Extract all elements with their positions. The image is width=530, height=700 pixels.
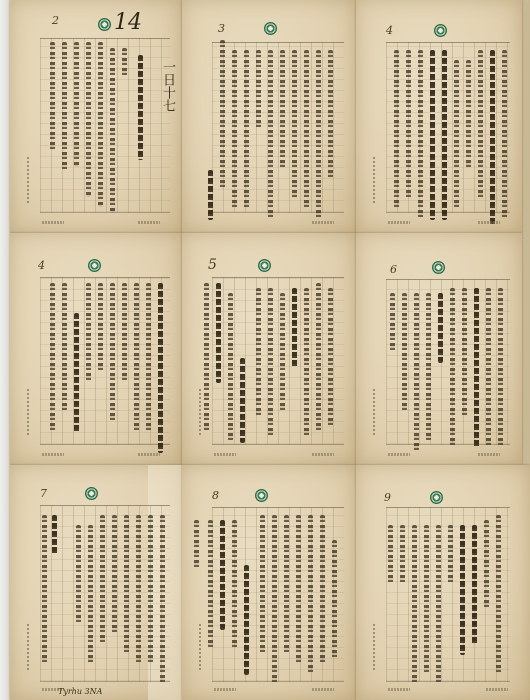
footer-print	[42, 221, 64, 224]
handwriting-column	[406, 50, 411, 200]
handwriting-column	[216, 283, 221, 383]
handwriting-column	[50, 42, 55, 152]
handwriting-column	[208, 520, 213, 650]
handwriting-column	[292, 288, 297, 368]
handwriting-column	[76, 525, 81, 625]
handwriting-column	[50, 283, 55, 433]
handwriting-column	[426, 293, 431, 443]
handwriting-column	[502, 50, 507, 220]
handwriting-column	[316, 50, 321, 220]
handwriting-column	[332, 540, 337, 660]
footer-print	[138, 453, 160, 456]
side-print-mark	[373, 622, 375, 670]
manuscript-page-6: 6	[356, 233, 522, 465]
handwriting-column	[86, 42, 91, 197]
handwriting-column	[86, 283, 91, 383]
large-page-number: 14	[114, 10, 142, 35]
handwriting-column	[430, 50, 435, 220]
emblem-icon	[88, 259, 101, 272]
manuscript-page-4: 4	[10, 233, 182, 465]
handwriting-column	[436, 525, 441, 685]
handwriting-column	[194, 520, 199, 570]
manuscript-page-7: 7 Tyrhu 3NA	[10, 465, 182, 700]
handwriting-column	[424, 525, 429, 675]
footer-print	[478, 221, 500, 224]
handwriting-column	[110, 48, 115, 213]
handwriting-column	[232, 50, 237, 210]
handwriting-column	[412, 525, 417, 685]
footer-handwritten-note: Tyrhu 3NA	[58, 687, 102, 696]
handwriting-column	[134, 283, 139, 433]
handwriting-column	[486, 288, 491, 448]
page-label: 7	[40, 487, 47, 500]
handwriting-column	[462, 288, 467, 418]
handwriting-column	[280, 50, 285, 170]
handwriting-column	[160, 515, 165, 685]
manuscript-photo: 2 14 一日十七 3 4	[0, 0, 530, 700]
side-print-mark	[373, 387, 375, 435]
footer-print	[478, 453, 500, 456]
page-label: 3	[218, 22, 225, 35]
handwriting-column	[42, 515, 47, 665]
page-label: 4	[386, 24, 393, 37]
handwriting-column	[146, 283, 151, 433]
manuscript-page-1: 2 14 一日十七	[10, 0, 182, 233]
side-print-mark	[199, 622, 201, 670]
handwriting-column	[74, 313, 79, 433]
handwriting-column	[304, 50, 309, 210]
handwriting-column	[438, 293, 443, 363]
handwriting-column	[52, 515, 57, 555]
handwriting-column	[244, 50, 249, 210]
handwriting-column	[272, 515, 277, 685]
side-print-mark	[27, 155, 29, 203]
page-label: 5	[208, 257, 217, 273]
emblem-icon	[255, 489, 268, 502]
handwriting-column	[478, 50, 483, 200]
handwriting-column	[268, 50, 273, 220]
handwriting-column	[454, 60, 459, 210]
emblem-icon	[434, 24, 447, 37]
handwriting-column	[240, 358, 245, 443]
handwriting-column	[220, 520, 225, 630]
handwriting-column	[308, 515, 313, 675]
handwriting-column	[148, 515, 153, 665]
handwriting-column	[256, 50, 261, 130]
handwriting-column	[388, 525, 393, 585]
manuscript-page-3: 4	[356, 0, 522, 233]
handwriting-column	[418, 50, 423, 220]
handwriting-column	[138, 55, 143, 160]
footer-print	[312, 453, 334, 456]
handwriting-column	[472, 525, 477, 645]
footer-print	[312, 688, 334, 691]
side-print-mark	[373, 155, 375, 203]
handwriting-column	[124, 515, 129, 655]
page-label: 4	[38, 259, 45, 272]
manuscript-page-2: 3	[182, 0, 356, 233]
handwriting-column	[484, 520, 489, 610]
handwriting-column	[460, 525, 465, 655]
handwriting-column	[292, 50, 297, 200]
title-mark: 一日十七	[158, 60, 177, 112]
handwriting-column	[110, 283, 115, 423]
handwriting-column	[284, 515, 289, 655]
footer-print	[388, 221, 410, 224]
handwriting-column	[158, 283, 163, 453]
footer-print	[486, 688, 508, 691]
handwriting-column	[400, 525, 405, 585]
handwriting-column	[62, 42, 67, 172]
handwriting-column	[466, 60, 471, 170]
handwriting-column	[260, 515, 265, 655]
margin-note	[208, 170, 213, 220]
page-label: 8	[212, 489, 219, 502]
handwriting-column	[100, 515, 105, 645]
handwriting-column	[296, 515, 301, 665]
handwriting-column	[220, 40, 225, 190]
handwriting-column	[450, 288, 455, 448]
handwriting-column	[490, 50, 495, 225]
photo-left-edge	[0, 0, 10, 700]
handwriting-column	[390, 293, 395, 353]
handwriting-column	[232, 520, 237, 650]
handwriting-column	[328, 288, 333, 428]
handwriting-column	[316, 283, 321, 433]
page-label: 9	[384, 491, 391, 504]
handwriting-column	[122, 283, 127, 383]
handwriting-column	[328, 50, 333, 180]
handwriting-column	[204, 283, 209, 433]
handwriting-column	[256, 288, 261, 418]
handwriting-column	[62, 283, 67, 413]
handwriting-column	[122, 48, 127, 78]
emblem-icon	[258, 259, 271, 272]
handwriting-column	[474, 288, 479, 448]
handwriting-column	[402, 293, 407, 413]
footer-print	[214, 688, 236, 691]
emblem-icon	[432, 261, 445, 274]
emblem-icon	[98, 18, 111, 31]
manuscript-page-5: 5	[182, 233, 356, 465]
emblem-icon	[430, 491, 443, 504]
handwriting-column	[136, 515, 141, 665]
manuscript-page-9: 9	[356, 465, 530, 700]
handwriting-column	[442, 50, 447, 220]
page-label: 6	[390, 263, 397, 276]
grid-area	[40, 38, 170, 213]
handwriting-column	[498, 288, 503, 448]
handwriting-column	[496, 515, 501, 675]
handwriting-column	[112, 515, 117, 635]
manuscript-page-8: 8	[182, 465, 356, 700]
handwriting-column	[304, 288, 309, 438]
handwriting-column	[448, 525, 453, 585]
handwriting-column	[244, 565, 249, 675]
handwriting-column	[228, 293, 233, 443]
handwriting-column	[280, 293, 285, 413]
handwriting-column	[98, 42, 103, 207]
footer-print	[312, 221, 334, 224]
handwriting-column	[320, 515, 325, 665]
handwriting-column	[74, 42, 79, 167]
emblem-icon	[264, 22, 277, 35]
footer-print	[388, 453, 410, 456]
handwriting-column	[98, 283, 103, 373]
footer-print	[42, 453, 64, 456]
page-label: 2	[52, 14, 59, 27]
handwriting-column	[88, 525, 93, 665]
handwriting-column	[394, 50, 399, 210]
handwriting-column	[414, 293, 419, 453]
handwriting-column	[268, 288, 273, 438]
footer-print	[388, 688, 410, 691]
emblem-icon	[85, 487, 98, 500]
footer-print	[214, 453, 236, 456]
side-print-mark	[199, 387, 201, 435]
side-print-mark	[27, 622, 29, 670]
footer-print	[138, 221, 160, 224]
side-print-mark	[27, 387, 29, 435]
